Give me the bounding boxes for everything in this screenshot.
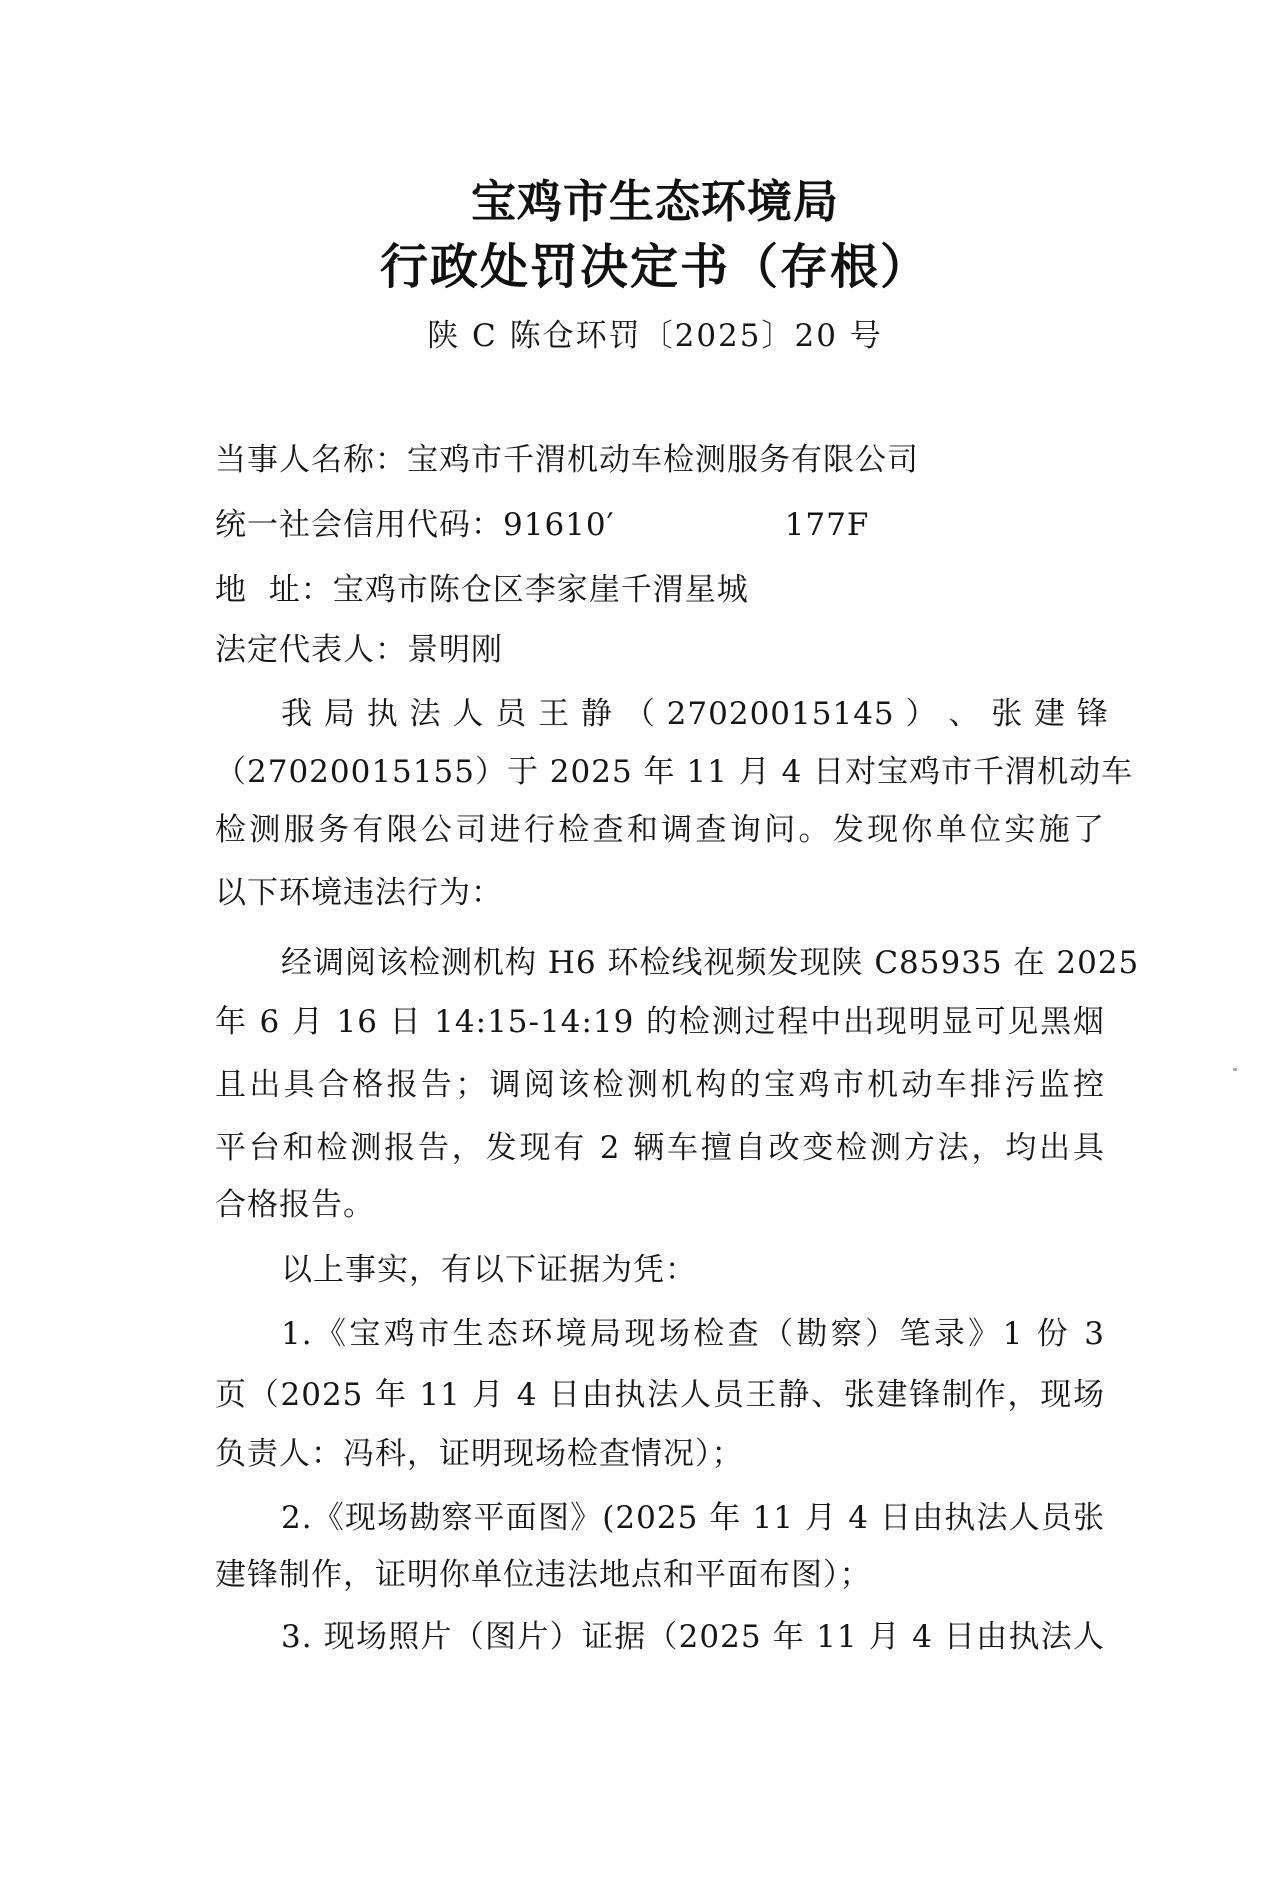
inspection-line: 我 局 执 法 人 员 王 静 （ 27020015145 ） 、 张 建 锋	[281, 692, 1105, 736]
violation-line: 经调阅该检测机构 H6 环检线视频发现陕 C85935 在 2025	[281, 941, 1105, 985]
party-name-row: 当事人名称：宝鸡市千渭机动车检测服务有限公司	[215, 438, 919, 482]
address-row: 地 址：宝鸡市陈仓区李家崖千渭星城	[215, 568, 749, 612]
legal-rep-row: 法定代表人：景明刚	[215, 628, 503, 672]
credit-code-label: 统一社会信用代码：	[215, 507, 503, 543]
inspection-line: 检测服务有限公司进行检查和调查询问。发现你单位实施了	[215, 808, 1105, 852]
evidence-1-line: 页（2025 年 11 月 4 日由执法人员王静、张建锋制作，现场	[215, 1373, 1105, 1417]
evidence-1-line: 负责人：冯科，证明现场检查情况）；	[215, 1432, 744, 1476]
legal-rep-value: 景明刚	[407, 632, 503, 668]
evidence-2-line: 2.《现场勘察平面图》(2025 年 11 月 4 日由执法人员张	[281, 1496, 1105, 1540]
party-name-value: 宝鸡市千渭机动车检测服务有限公司	[407, 442, 919, 478]
evidence-2-line: 建锋制作，证明你单位违法地点和平面布图）；	[215, 1553, 872, 1597]
scan-artifact	[1233, 1068, 1237, 1071]
legal-rep-label: 法定代表人：	[215, 632, 407, 668]
address-value: 宝鸡市陈仓区李家崖千渭星城	[333, 572, 749, 608]
evidence-3-line: 3. 现场照片（图片）证据（2025 年 11 月 4 日由执法人	[281, 1615, 1105, 1659]
credit-code-prefix: 91610′	[503, 507, 615, 543]
inspection-line: （27020015155）于 2025 年 11 月 4 日对宝鸡市千渭机动车	[215, 750, 1105, 794]
violation-line: 且出具合格报告；调阅该检测机构的宝鸡市机动车排污监控	[215, 1063, 1105, 1107]
agency-title: 宝鸡市生态环境局	[0, 172, 1280, 232]
credit-code-row: 统一社会信用代码：91610′177F	[215, 503, 869, 547]
document-page: 宝鸡市生态环境局 行政处罚决定书（存根） 陕 C 陈仓环罚〔2025〕20 号 …	[0, 0, 1280, 1892]
credit-code-suffix: 177F	[785, 507, 870, 543]
inspection-line: 以下环境违法行为：	[215, 871, 503, 915]
violation-line: 平台和检测报告，发现有 2 辆车擅自改变检测方法，均出具	[215, 1126, 1105, 1170]
document-number: 陕 C 陈仓环罚〔2025〕20 号	[0, 314, 1280, 358]
evidence-intro: 以上事实，有以下证据为凭：	[281, 1248, 697, 1292]
violation-line: 合格报告。	[215, 1183, 375, 1227]
address-label: 地 址：	[215, 572, 333, 608]
violation-line: 年 6 月 16 日 14:15-14:19 的检测过程中出现明显可见黑烟	[215, 1000, 1105, 1044]
party-name-label: 当事人名称：	[215, 442, 407, 478]
document-type-title: 行政处罚决定书（存根）	[0, 237, 1280, 297]
evidence-1-line: 1.《宝鸡市生态环境局现场检查（勘察）笔录》1 份 3	[281, 1312, 1105, 1356]
